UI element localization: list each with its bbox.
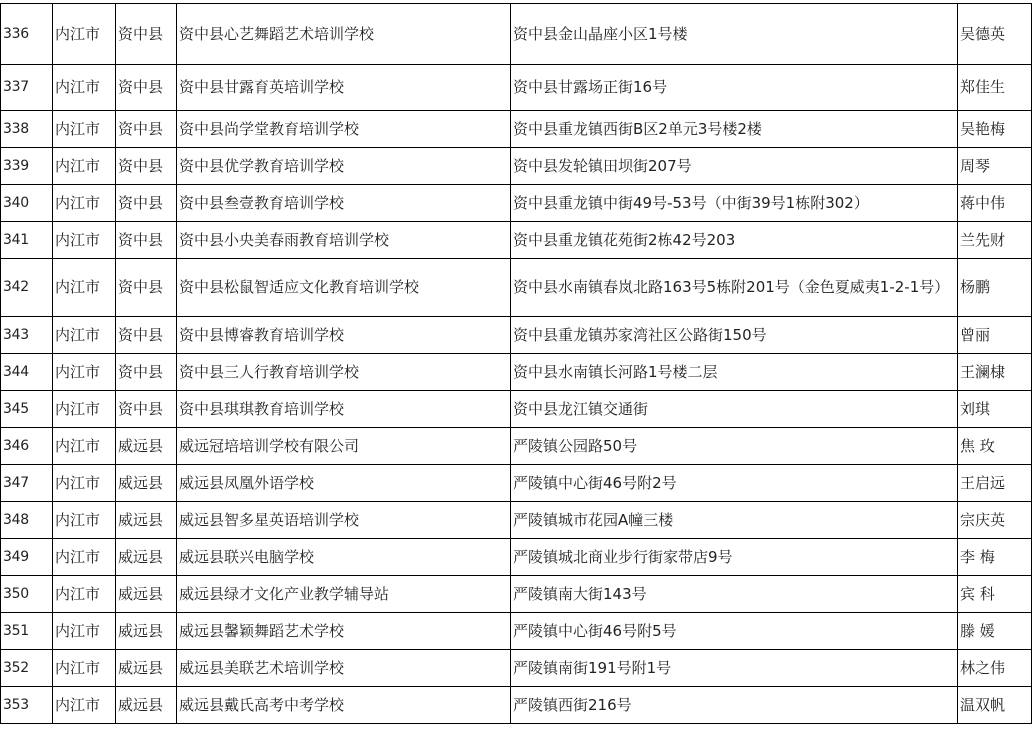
table-row: 346 内江市 威远县 威远冠培培训学校有限公司 严陵镇公园路50号 焦 玫	[1, 428, 1032, 465]
county-cell: 资中县	[116, 354, 177, 391]
contact-person-cell: 焦 玫	[958, 428, 1032, 465]
city-cell: 内江市	[53, 4, 116, 65]
county-cell: 威远县	[116, 613, 177, 650]
table-row: 352 内江市 威远县 威远县美联艺术培训学校 严陵镇南街191号附1号 林之伟	[1, 650, 1032, 687]
county-cell: 威远县	[116, 576, 177, 613]
row-number-cell: 350	[1, 576, 53, 613]
school-name-cell: 资中县心艺舞蹈艺术培训学校	[177, 4, 511, 65]
contact-person-cell: 蒋中伟	[958, 185, 1032, 222]
school-name-cell: 威远县戴氏高考中考学校	[177, 687, 511, 724]
address-cell: 资中县水南镇春岚北路163号5栋附201号（金色夏威夷1-2-1号）	[511, 259, 958, 317]
table-row: 349 内江市 威远县 威远县联兴电脑学校 严陵镇城北商业步行街家带店9号 李 …	[1, 539, 1032, 576]
contact-person-cell: 吴德英	[958, 4, 1032, 65]
city-cell: 内江市	[53, 576, 116, 613]
contact-person-cell: 宗庆英	[958, 502, 1032, 539]
address-cell: 资中县发轮镇田坝街207号	[511, 148, 958, 185]
county-cell: 资中县	[116, 222, 177, 259]
city-cell: 内江市	[53, 65, 116, 111]
row-number-cell: 347	[1, 465, 53, 502]
county-cell: 威远县	[116, 428, 177, 465]
county-cell: 资中县	[116, 111, 177, 148]
contact-person-cell: 李 梅	[958, 539, 1032, 576]
table-row: 336 内江市 资中县 资中县心艺舞蹈艺术培训学校 资中县金山晶座小区1号楼 吴…	[1, 4, 1032, 65]
city-cell: 内江市	[53, 111, 116, 148]
row-number-cell: 337	[1, 65, 53, 111]
school-name-cell: 威远县联兴电脑学校	[177, 539, 511, 576]
city-cell: 内江市	[53, 687, 116, 724]
school-name-cell: 资中县优学教育培训学校	[177, 148, 511, 185]
city-cell: 内江市	[53, 222, 116, 259]
row-number-cell: 352	[1, 650, 53, 687]
row-number-cell: 342	[1, 259, 53, 317]
table-row: 341 内江市 资中县 资中县小央美春雨教育培训学校 资中县重龙镇花苑街2栋42…	[1, 222, 1032, 259]
row-number-cell: 348	[1, 502, 53, 539]
county-cell: 资中县	[116, 185, 177, 222]
contact-person-cell: 刘琪	[958, 391, 1032, 428]
county-cell: 威远县	[116, 687, 177, 724]
address-cell: 资中县金山晶座小区1号楼	[511, 4, 958, 65]
contact-person-cell: 兰先财	[958, 222, 1032, 259]
county-cell: 资中县	[116, 65, 177, 111]
row-number-cell: 353	[1, 687, 53, 724]
address-cell: 严陵镇城市花园A幢三楼	[511, 502, 958, 539]
school-name-cell: 资中县小央美春雨教育培训学校	[177, 222, 511, 259]
city-cell: 内江市	[53, 613, 116, 650]
address-cell: 严陵镇中心街46号附5号	[511, 613, 958, 650]
county-cell: 资中县	[116, 259, 177, 317]
row-number-cell: 340	[1, 185, 53, 222]
school-name-cell: 资中县甘露育英培训学校	[177, 65, 511, 111]
table-row: 353 内江市 威远县 威远县戴氏高考中考学校 严陵镇西街216号 温双帆	[1, 687, 1032, 724]
address-cell: 严陵镇西街216号	[511, 687, 958, 724]
address-cell: 资中县龙江镇交通街	[511, 391, 958, 428]
row-number-cell: 351	[1, 613, 53, 650]
address-cell: 资中县重龙镇西街B区2单元3号楼2楼	[511, 111, 958, 148]
table-row: 344 内江市 资中县 资中县三人行教育培训学校 资中县水南镇长河路1号楼二层 …	[1, 354, 1032, 391]
table-row: 339 内江市 资中县 资中县优学教育培训学校 资中县发轮镇田坝街207号 周琴	[1, 148, 1032, 185]
school-name-cell: 威远县绿才文化产业教学辅导站	[177, 576, 511, 613]
contact-person-cell: 王启远	[958, 465, 1032, 502]
county-cell: 威远县	[116, 502, 177, 539]
county-cell: 威远县	[116, 650, 177, 687]
row-number-cell: 343	[1, 317, 53, 354]
school-name-cell: 资中县三人行教育培训学校	[177, 354, 511, 391]
contact-person-cell: 温双帆	[958, 687, 1032, 724]
table-row: 348 内江市 威远县 威远县智多星英语培训学校 严陵镇城市花园A幢三楼 宗庆英	[1, 502, 1032, 539]
address-cell: 严陵镇南大街143号	[511, 576, 958, 613]
address-cell: 严陵镇中心街46号附2号	[511, 465, 958, 502]
city-cell: 内江市	[53, 650, 116, 687]
row-number-cell: 345	[1, 391, 53, 428]
school-name-cell: 资中县松鼠智适应文化教育培训学校	[177, 259, 511, 317]
table-row: 350 内江市 威远县 威远县绿才文化产业教学辅导站 严陵镇南大街143号 宾 …	[1, 576, 1032, 613]
address-cell: 资中县重龙镇中街49号-53号（中街39号1栋附302）	[511, 185, 958, 222]
table-row: 340 内江市 资中县 资中县叁壹教育培训学校 资中县重龙镇中街49号-53号（…	[1, 185, 1032, 222]
county-cell: 资中县	[116, 148, 177, 185]
row-number-cell: 338	[1, 111, 53, 148]
contact-person-cell: 林之伟	[958, 650, 1032, 687]
table-row: 342 内江市 资中县 资中县松鼠智适应文化教育培训学校 资中县水南镇春岚北路1…	[1, 259, 1032, 317]
school-name-cell: 资中县叁壹教育培训学校	[177, 185, 511, 222]
table-row: 345 内江市 资中县 资中县琪琪教育培训学校 资中县龙江镇交通街 刘琪	[1, 391, 1032, 428]
school-name-cell: 威远县智多星英语培训学校	[177, 502, 511, 539]
contact-person-cell: 郑佳生	[958, 65, 1032, 111]
school-name-cell: 威远冠培培训学校有限公司	[177, 428, 511, 465]
city-cell: 内江市	[53, 465, 116, 502]
city-cell: 内江市	[53, 148, 116, 185]
row-number-cell: 339	[1, 148, 53, 185]
address-cell: 资中县甘露场正街16号	[511, 65, 958, 111]
school-name-cell: 威远县美联艺术培训学校	[177, 650, 511, 687]
county-cell: 威远县	[116, 465, 177, 502]
contact-person-cell: 王澜棣	[958, 354, 1032, 391]
contact-person-cell: 杨鹏	[958, 259, 1032, 317]
address-cell: 严陵镇南街191号附1号	[511, 650, 958, 687]
contact-person-cell: 宾 科	[958, 576, 1032, 613]
city-cell: 内江市	[53, 259, 116, 317]
row-number-cell: 346	[1, 428, 53, 465]
row-number-cell: 349	[1, 539, 53, 576]
city-cell: 内江市	[53, 185, 116, 222]
city-cell: 内江市	[53, 317, 116, 354]
table-row: 337 内江市 资中县 资中县甘露育英培训学校 资中县甘露场正街16号 郑佳生	[1, 65, 1032, 111]
city-cell: 内江市	[53, 391, 116, 428]
contact-person-cell: 周琴	[958, 148, 1032, 185]
city-cell: 内江市	[53, 428, 116, 465]
data-table-container: 336 内江市 资中县 资中县心艺舞蹈艺术培训学校 资中县金山晶座小区1号楼 吴…	[0, 3, 1032, 724]
address-cell: 严陵镇公园路50号	[511, 428, 958, 465]
address-cell: 资中县水南镇长河路1号楼二层	[511, 354, 958, 391]
county-cell: 资中县	[116, 317, 177, 354]
school-name-cell: 资中县尚学堂教育培训学校	[177, 111, 511, 148]
county-cell: 威远县	[116, 539, 177, 576]
school-name-cell: 资中县博睿教育培训学校	[177, 317, 511, 354]
city-cell: 内江市	[53, 354, 116, 391]
county-cell: 资中县	[116, 391, 177, 428]
school-name-cell: 威远县馨颖舞蹈艺术学校	[177, 613, 511, 650]
contact-person-cell: 吴艳梅	[958, 111, 1032, 148]
school-name-cell: 资中县琪琪教育培训学校	[177, 391, 511, 428]
table-row: 343 内江市 资中县 资中县博睿教育培训学校 资中县重龙镇苏家湾社区公路街15…	[1, 317, 1032, 354]
school-registry-table: 336 内江市 资中县 资中县心艺舞蹈艺术培训学校 资中县金山晶座小区1号楼 吴…	[0, 3, 1032, 724]
city-cell: 内江市	[53, 539, 116, 576]
county-cell: 资中县	[116, 4, 177, 65]
contact-person-cell: 滕 媛	[958, 613, 1032, 650]
school-name-cell: 威远县凤凰外语学校	[177, 465, 511, 502]
table-row: 351 内江市 威远县 威远县馨颖舞蹈艺术学校 严陵镇中心街46号附5号 滕 媛	[1, 613, 1032, 650]
address-cell: 资中县重龙镇苏家湾社区公路街150号	[511, 317, 958, 354]
contact-person-cell: 曾丽	[958, 317, 1032, 354]
row-number-cell: 336	[1, 4, 53, 65]
row-number-cell: 344	[1, 354, 53, 391]
row-number-cell: 341	[1, 222, 53, 259]
address-cell: 严陵镇城北商业步行街家带店9号	[511, 539, 958, 576]
city-cell: 内江市	[53, 502, 116, 539]
table-row: 347 内江市 威远县 威远县凤凰外语学校 严陵镇中心街46号附2号 王启远	[1, 465, 1032, 502]
table-row: 338 内江市 资中县 资中县尚学堂教育培训学校 资中县重龙镇西街B区2单元3号…	[1, 111, 1032, 148]
table-body: 336 内江市 资中县 资中县心艺舞蹈艺术培训学校 资中县金山晶座小区1号楼 吴…	[1, 4, 1032, 724]
address-cell: 资中县重龙镇花苑街2栋42号203	[511, 222, 958, 259]
